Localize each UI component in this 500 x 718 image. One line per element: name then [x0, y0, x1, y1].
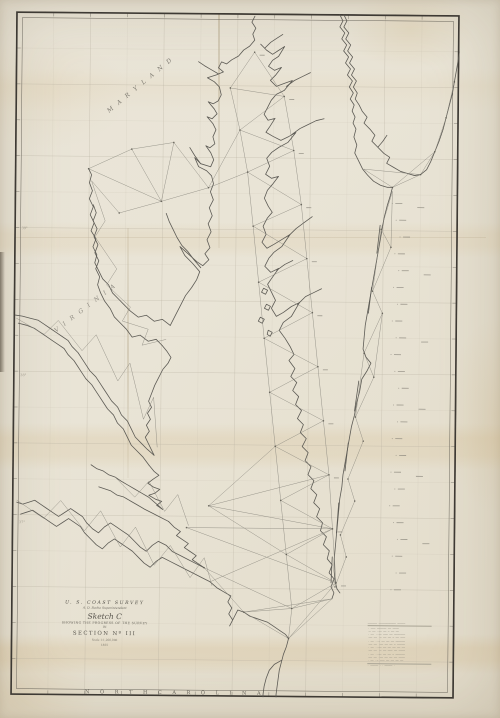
- title-section: SECTION Nº III: [55, 630, 155, 638]
- graticule-labels: 77° 76° 75° 39° 38° 37°: [19, 11, 389, 527]
- triangulation-stations: [84, 50, 456, 641]
- title-block: U. S. COAST SURVEY A. D. Bache Superinte…: [54, 600, 154, 647]
- paper-edge-shadow: [0, 252, 5, 372]
- coastline-artwork: [12, 12, 460, 699]
- map-artwork: M A R Y L A N D V I R G I N I A N O R T …: [10, 11, 460, 699]
- latitude-tick-label: 37°: [19, 520, 25, 524]
- triangulation-network: [14, 50, 455, 640]
- scanned-map-page: { "sheet": { "title_block": { "line1": "…: [0, 0, 500, 718]
- state-label-virginia: V I R G I N I A: [53, 282, 118, 334]
- map-sheet: M A R Y L A N D V I R G I N I A N O R T …: [10, 11, 460, 699]
- legend-rows: · ─── ────── ── ────·─ ── ·── ── ─ ── ──…: [367, 627, 431, 663]
- latitude-tick-label: 39°: [22, 226, 28, 230]
- graticule: [11, 12, 459, 698]
- legend-table: ────── ─────────── ───── · ─── ────── ──…: [367, 622, 431, 668]
- legend-footer: · ───── ·· ───── ·: [367, 663, 431, 668]
- latitude-tick-label: 38°: [20, 373, 26, 377]
- state-label-maryland: M A R Y L A N D: [105, 56, 175, 115]
